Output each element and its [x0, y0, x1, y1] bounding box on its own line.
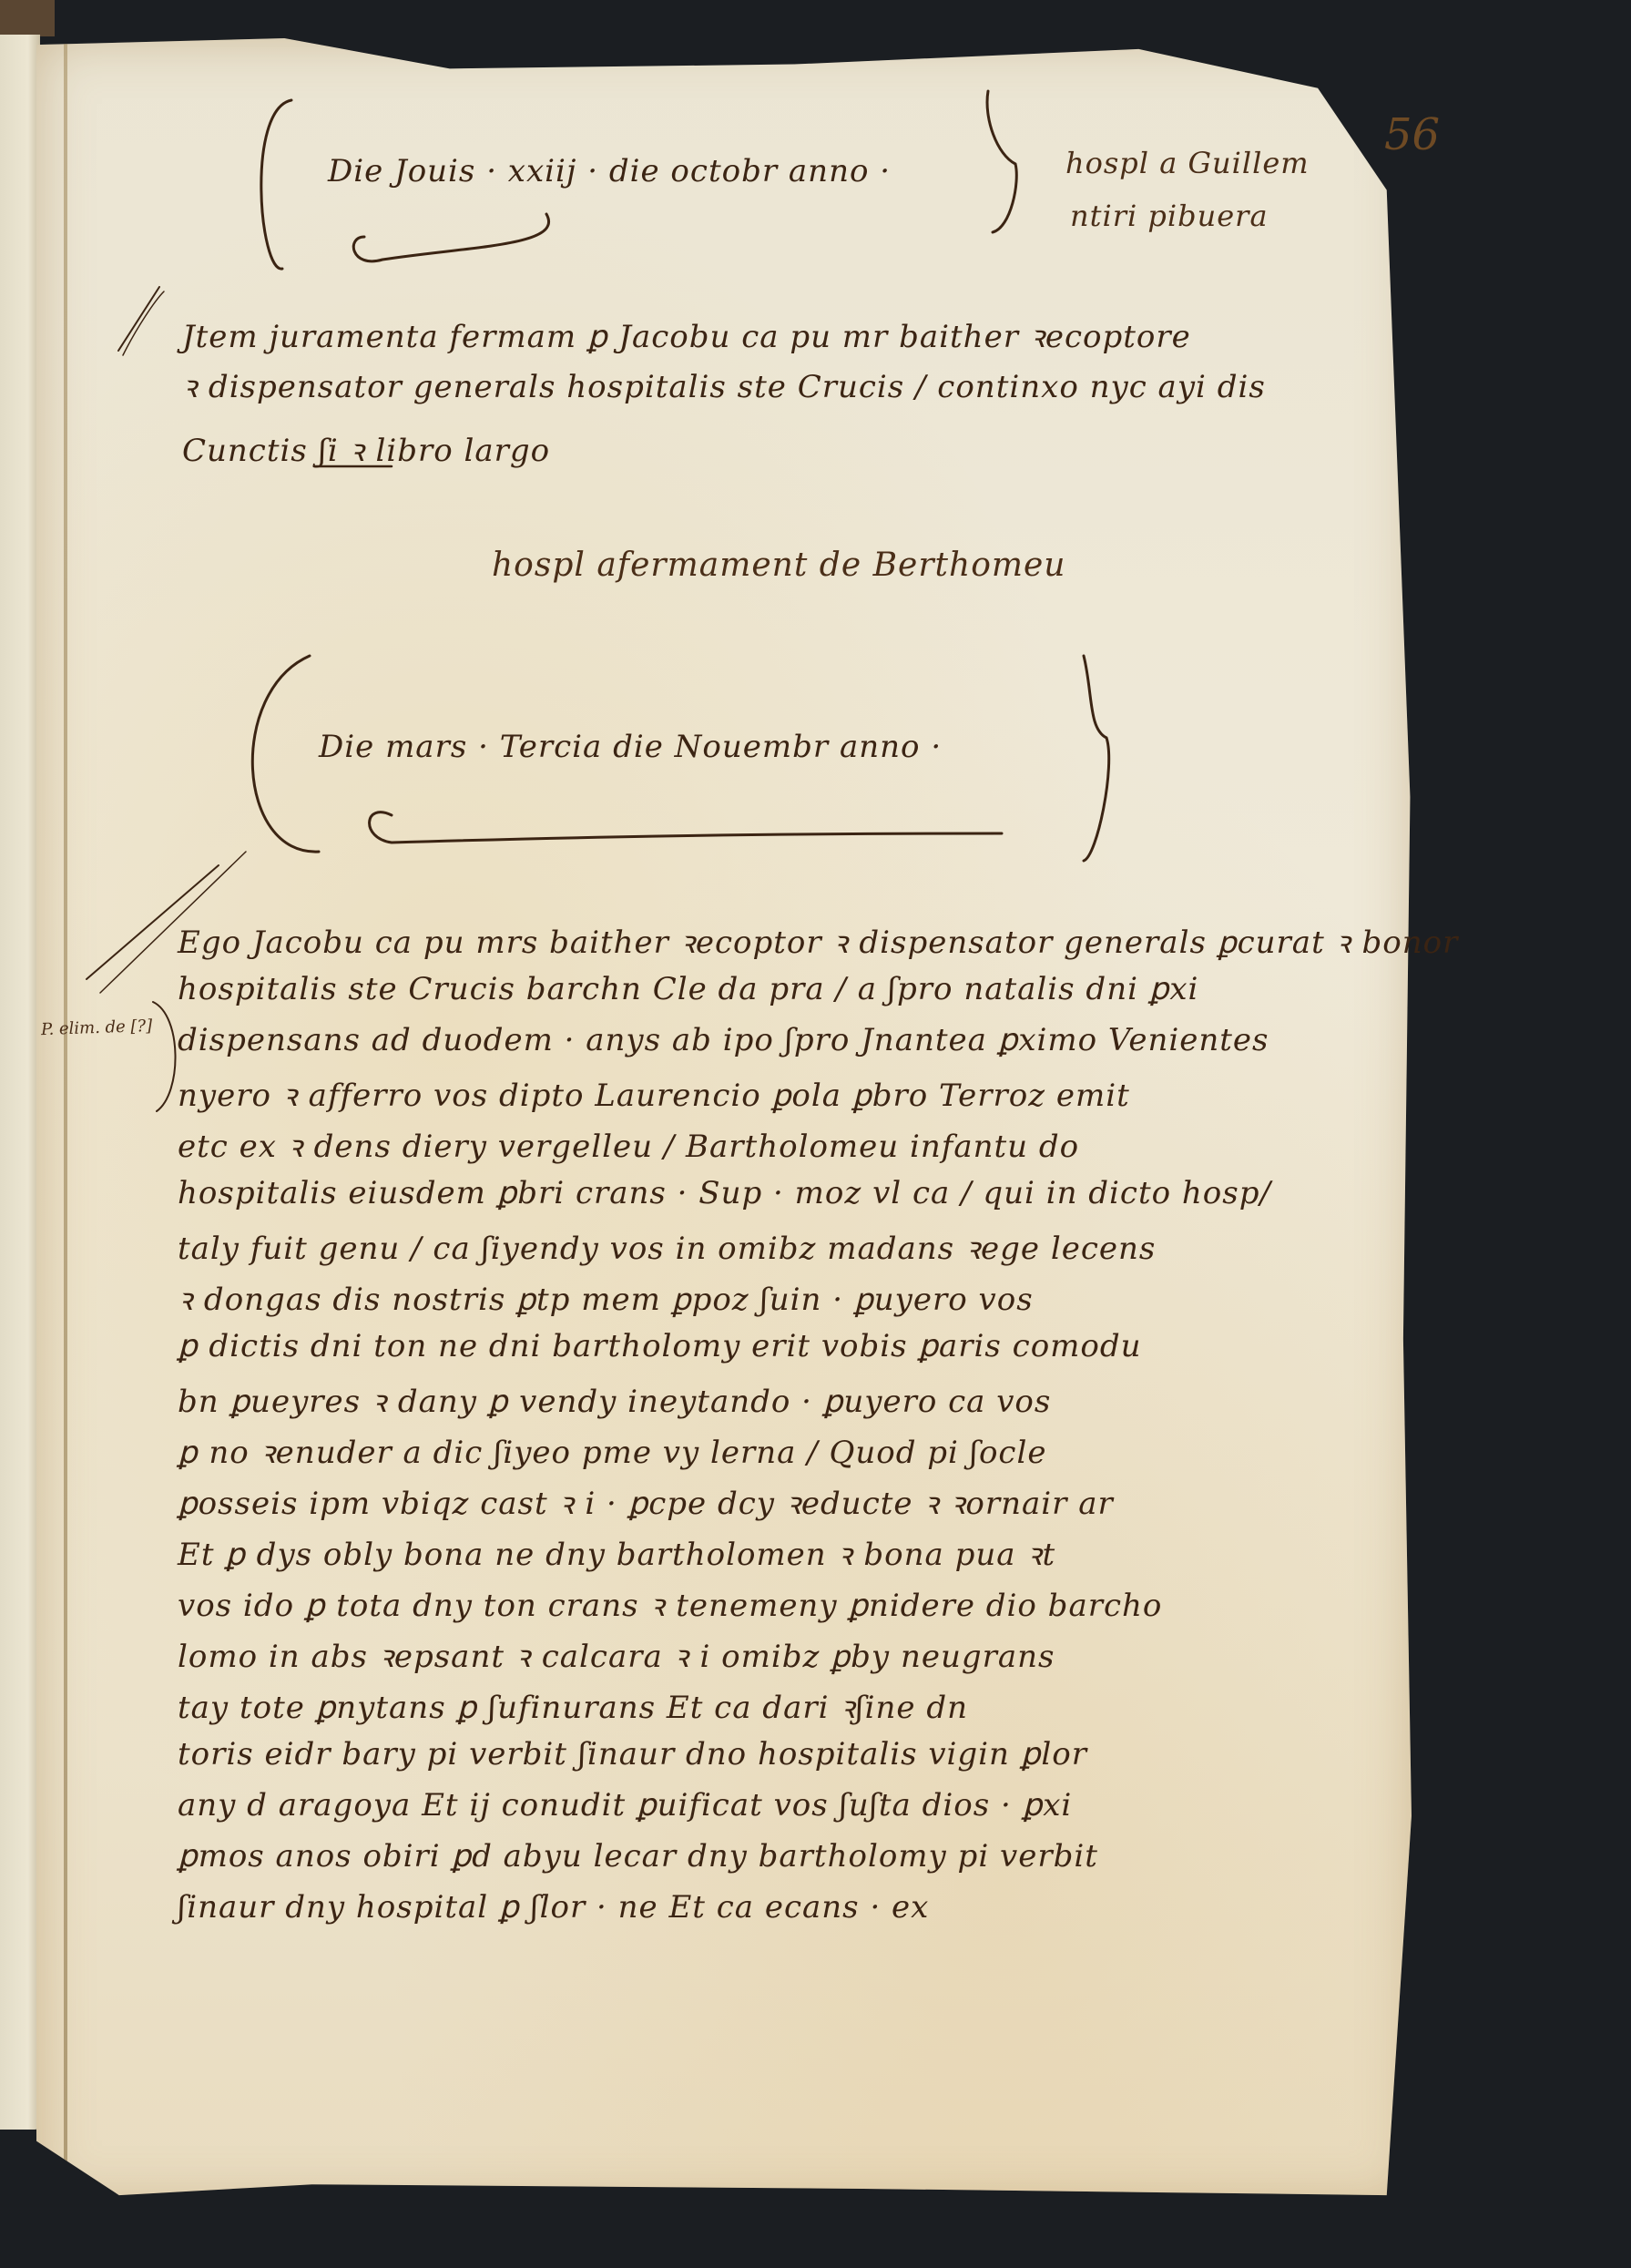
entry1-body-line: ꝛ dispensator generals hospitalis ste Cr… — [182, 364, 1266, 406]
entry2-body-line: Et ꝑ dys obly bona ne dny bartholomen ꝛ … — [178, 1532, 1055, 1574]
entry2-body-line: nyero ꝛ afferro vos dipto Laurencio ꝑola… — [178, 1073, 1130, 1115]
entry2-body-line: any d aragoya Et ij conudit ꝑuificat vos… — [178, 1787, 1072, 1824]
entry2-body-line: hospitalis eiusdem ꝑbri crans · Sup · mo… — [178, 1175, 1271, 1211]
entry1-side-note-line1: hospl a Guillem — [1065, 146, 1310, 180]
entry2-body-line: lomo in abs ꝛepsant ꝛ calcara ꝛ i omibz … — [178, 1634, 1055, 1676]
marginal-note: P. elim. de [?] — [41, 1017, 153, 1039]
binding-spine — [0, 0, 55, 36]
entry2-body-line: ꝑmos anos obiri ꝑd abyu lecar dny bartho… — [178, 1838, 1098, 1875]
entry2-date-heading: Die mars · Tercia die Nouembr anno · — [319, 729, 942, 765]
entry2-body-line: bn ꝑueyres ꝛ dany ꝑ vendy ineytando · ꝑu… — [178, 1379, 1051, 1421]
entry2-body-line: ꝛ dongas dis nostris ꝑtp mem ꝑpoz ʃuin ·… — [178, 1277, 1034, 1319]
entry2-body-line: hospitalis ste Crucis barchn Cle da pra … — [178, 971, 1198, 1007]
entry2-body-line: Ego Jacobu ca pu mrs baither ꝛecoptor ꝛ … — [178, 920, 1458, 962]
gutter-fold — [64, 38, 67, 2206]
entry2-body-line: toris eidr bary pi verbit ʃinaur dno hos… — [178, 1736, 1087, 1773]
folio-number: 56 — [1384, 109, 1440, 160]
entry2-body-line: ꝑ no ꝛenuder a dic ʃiyeo pme vy lerna / … — [178, 1430, 1046, 1472]
entry1-body-line: Jtem juramenta fermam ꝑ Jacobu ca pu mr … — [182, 314, 1191, 356]
facing-page-edge — [0, 35, 40, 2130]
entry2-body-line: dispensans ad duodem · anys ab ipo ʃpro … — [178, 1022, 1269, 1058]
entry1-body-line: Cunctis ʃi ꝛ libro largo — [182, 428, 550, 470]
entry1-date-heading: Die Jouis · xxiij · die octobr anno · — [328, 153, 891, 189]
entry2-body-line: ꝑ dictis dni ton ne dni bartholomy erit … — [178, 1328, 1142, 1364]
entry2-body-line: vos ido ꝑ tota dny ton crans ꝛ tenemeny … — [178, 1583, 1162, 1625]
entry2-body-line: etc ex ꝛ dens diery vergelleu / Bartholo… — [178, 1124, 1079, 1166]
entry1-side-note-line2: ntiri pibuera — [1070, 199, 1269, 233]
entry2-body-line: taly fuit genu / ca ʃiyendy vos in omibz… — [178, 1226, 1156, 1268]
entry2-title: hospl afermament de Berthomeu — [492, 547, 1066, 584]
manuscript-folio — [36, 38, 1414, 2206]
entry2-body-line: ʃinaur dny hospital ꝑ ʃlor · ne Et ca ec… — [178, 1889, 929, 1926]
entry2-body-line: tay tote ꝑnytans ꝑ ʃufinurans Et ca dari… — [178, 1685, 968, 1727]
entry2-body-line: ꝑosseis ipm vbiqz cast ꝛ i · ꝑcpe dcy ꝛe… — [178, 1481, 1114, 1523]
